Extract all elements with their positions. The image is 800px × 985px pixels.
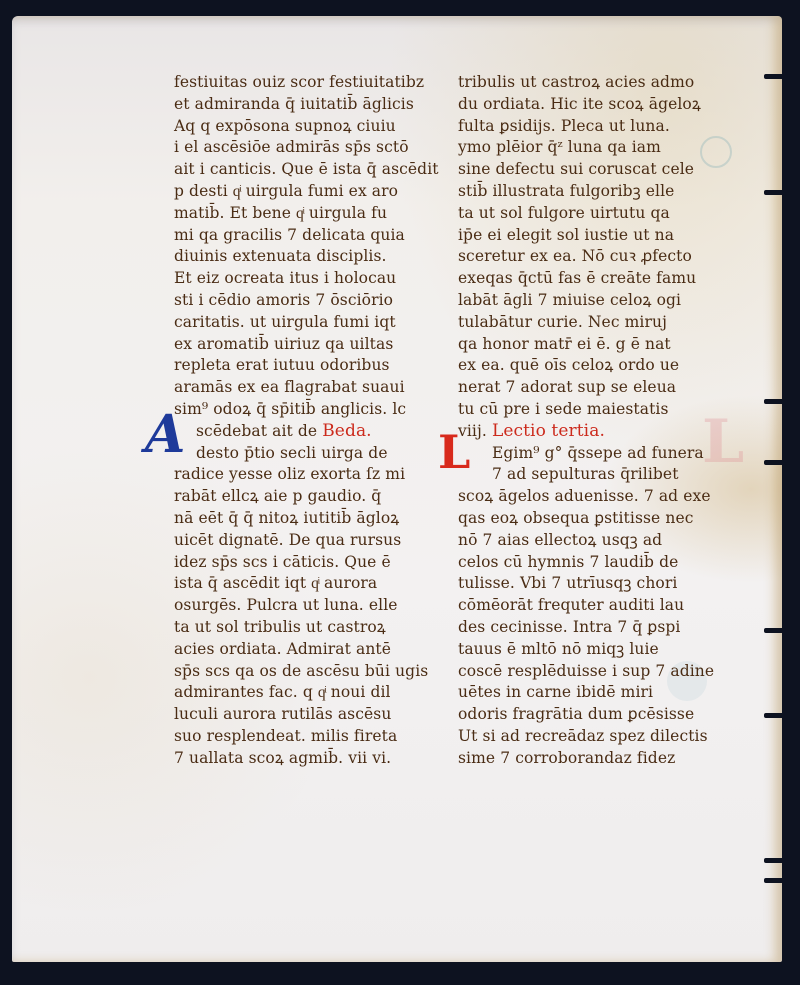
- text-line: caritatis. ut uirgula fumi iqt: [174, 312, 424, 334]
- text-line: ymo plēior q̄ᶻ luna qa iam: [458, 137, 728, 159]
- text-line: p desti qͥ uirgula fumi ex aro: [174, 181, 424, 203]
- text-line: ex ea. quē oīs celoꝝ ordo ue: [458, 355, 728, 377]
- text-line: sim⁹ odoꝝ q̄ sp̄itib̄ anglicis. lc: [174, 399, 424, 421]
- text-line: Ut si ad recreādaz spez dilectis: [458, 726, 728, 748]
- text-line: Et eiz ocreata itus i holocau: [174, 268, 424, 290]
- text-line: tribulis ut castroꝝ acies admo: [458, 72, 728, 94]
- text-line: qas eoꝝ obsequa ꝑstitisse nec: [458, 508, 728, 530]
- text-line: Aq q expōsona supnoꝝ ciuiu: [174, 116, 424, 138]
- text-line: sceretur ex ea. Nō cuꝛ ꝓfecto: [458, 246, 728, 268]
- text-line: ista q̄ ascēdit iqt qͥ aurora: [174, 573, 424, 595]
- text-line: diuinis extenuata disciplis.: [174, 246, 424, 268]
- lectio-tertia-heading: Lectio tertia.: [492, 421, 605, 441]
- text-line: sime 7 corroborandaz fidez: [458, 748, 728, 770]
- initial-line-text: scēdebat ait de: [196, 422, 317, 440]
- text-line: idez sp̄s scs i cāticis. Que ē: [174, 552, 424, 574]
- text-line: ip̄e ei elegit sol iustie ut na: [458, 225, 728, 247]
- edge-notch: [764, 713, 782, 718]
- text-line: tulisse. Vbi 7 utrīusqꝫ chori: [458, 573, 728, 595]
- right-text-column: tribulis ut castroꝝ acies admo du ordiat…: [458, 72, 728, 770]
- text-line: coscē resplēduisse i sup 7 adine: [458, 661, 728, 683]
- text-line: tulabātur curie. Nec miruj: [458, 312, 728, 334]
- text-line: odoris fragrātia dum ꝑcēsisse: [458, 704, 728, 726]
- text-line: rabāt ellcꝝ aie p gaudio. q̄: [174, 486, 424, 508]
- left-text-column: festiuitas ouiz scor festiuitatibz et ad…: [174, 72, 424, 770]
- text-line: fulta ꝑsidijs. Pleca ut luna.: [458, 116, 728, 138]
- text-line: i el ascēsiōe admirās sp̄s sctō: [174, 137, 424, 159]
- text-line: scēdebat ait de Beda.: [174, 421, 424, 443]
- edge-notch: [764, 628, 782, 633]
- decorated-initial-a: A: [145, 409, 187, 463]
- text-line: radice yesse oliz exorta ſz mi: [174, 464, 424, 486]
- text-line: ex aromatib̄ uiriuz qa uiltas: [174, 334, 424, 356]
- text-line: ta ut sol fulgore uirtutu qa: [458, 203, 728, 225]
- text-line: tu cū pre i sede maiestatis: [458, 399, 728, 421]
- text-line: matib̄. Et bene qͥ uirgula fu: [174, 203, 424, 225]
- edge-notch: [764, 74, 782, 79]
- text-line: Egim⁹ g° q̄ssepe ad funera: [458, 443, 728, 465]
- text-line: nō 7 aias ellectoꝝ usqꝫ ad: [458, 530, 728, 552]
- text-line: 7 uallata scoꝝ agmib̄. vii vi.: [174, 748, 424, 770]
- text-line: qa honor matr̄ ei ē. g ē nat: [458, 334, 728, 356]
- text-line: aramās ex ea flagrabat suaui: [174, 377, 424, 399]
- text-line: acies ordiata. Admirat antē: [174, 639, 424, 661]
- text-line: suo resplendeat. milis fireta: [174, 726, 424, 748]
- decorated-initial-l: L: [438, 431, 478, 473]
- edge-notch: [764, 190, 782, 195]
- text-line: mi qa gracilis 7 delicata quia: [174, 225, 424, 247]
- text-line: stib̄ illustrata fulgoribꝫ elle: [458, 181, 728, 203]
- text-line: nā eēt q̄ q̄ nitoꝝ iutitib̄ āgloꝝ: [174, 508, 424, 530]
- text-line: osurgēs. Pulcra ut luna. elle: [174, 595, 424, 617]
- text-line: labāt āgli 7 miuise celoꝝ ogi: [458, 290, 728, 312]
- edge-notch: [764, 460, 782, 465]
- text-line: ta ut sol tribulis ut castroꝝ: [174, 617, 424, 639]
- text-line: exeqas q̄ctū fas ē creāte famu: [458, 268, 728, 290]
- offset-initial-ghost: L: [702, 412, 732, 480]
- text-line: scoꝝ āgelos aduenisse. 7 ad exe: [458, 486, 728, 508]
- text-line: tauus ē mltō nō miqꝫ luie: [458, 639, 728, 661]
- rubric-source-beda: Beda.: [322, 421, 371, 441]
- edge-notch: [764, 399, 782, 404]
- text-line: celos cū hymnis 7 laudib̄ de: [458, 552, 728, 574]
- text-line: desto p̄tio secli uirga de: [174, 443, 424, 465]
- text-line: nerat 7 adorat sup se eleua: [458, 377, 728, 399]
- text-line: sti i cēdio amoris 7 ōsciōrio: [174, 290, 424, 312]
- edge-notch: [764, 878, 782, 883]
- text-line: sine defectu sui coruscat cele: [458, 159, 728, 181]
- text-line: luculi aurora rutilās ascēsu: [174, 704, 424, 726]
- text-line: uicēt dignatē. De qua rursus: [174, 530, 424, 552]
- text-line: festiuitas ouiz scor festiuitatibz: [174, 72, 424, 94]
- text-line: 7 ad sepulturas q̄rilibet: [458, 464, 728, 486]
- text-line: ait i canticis. Que ē ista q̄ ascēdit: [174, 159, 424, 181]
- text-line: repleta erat iutuu odoribus: [174, 355, 424, 377]
- text-line: cōmēorāt frequter auditi lau: [458, 595, 728, 617]
- text-line: uētes in carne ibidē miri: [458, 682, 728, 704]
- lectio-heading-line: viij. Lectio tertia.: [458, 421, 728, 443]
- text-line: des cecinisse. Intra 7 q̄ ꝑspi: [458, 617, 728, 639]
- text-line: et admiranda q̄ iuitatib̄ āglicis: [174, 94, 424, 116]
- text-line: admirantes fac. q qͥ noui dil: [174, 682, 424, 704]
- edge-notch: [764, 858, 782, 863]
- text-line: sp̄s scs qa os de ascēsu būi ugis: [174, 661, 424, 683]
- text-line: du ordiata. Hic ite scoꝝ āgeloꝝ: [458, 94, 728, 116]
